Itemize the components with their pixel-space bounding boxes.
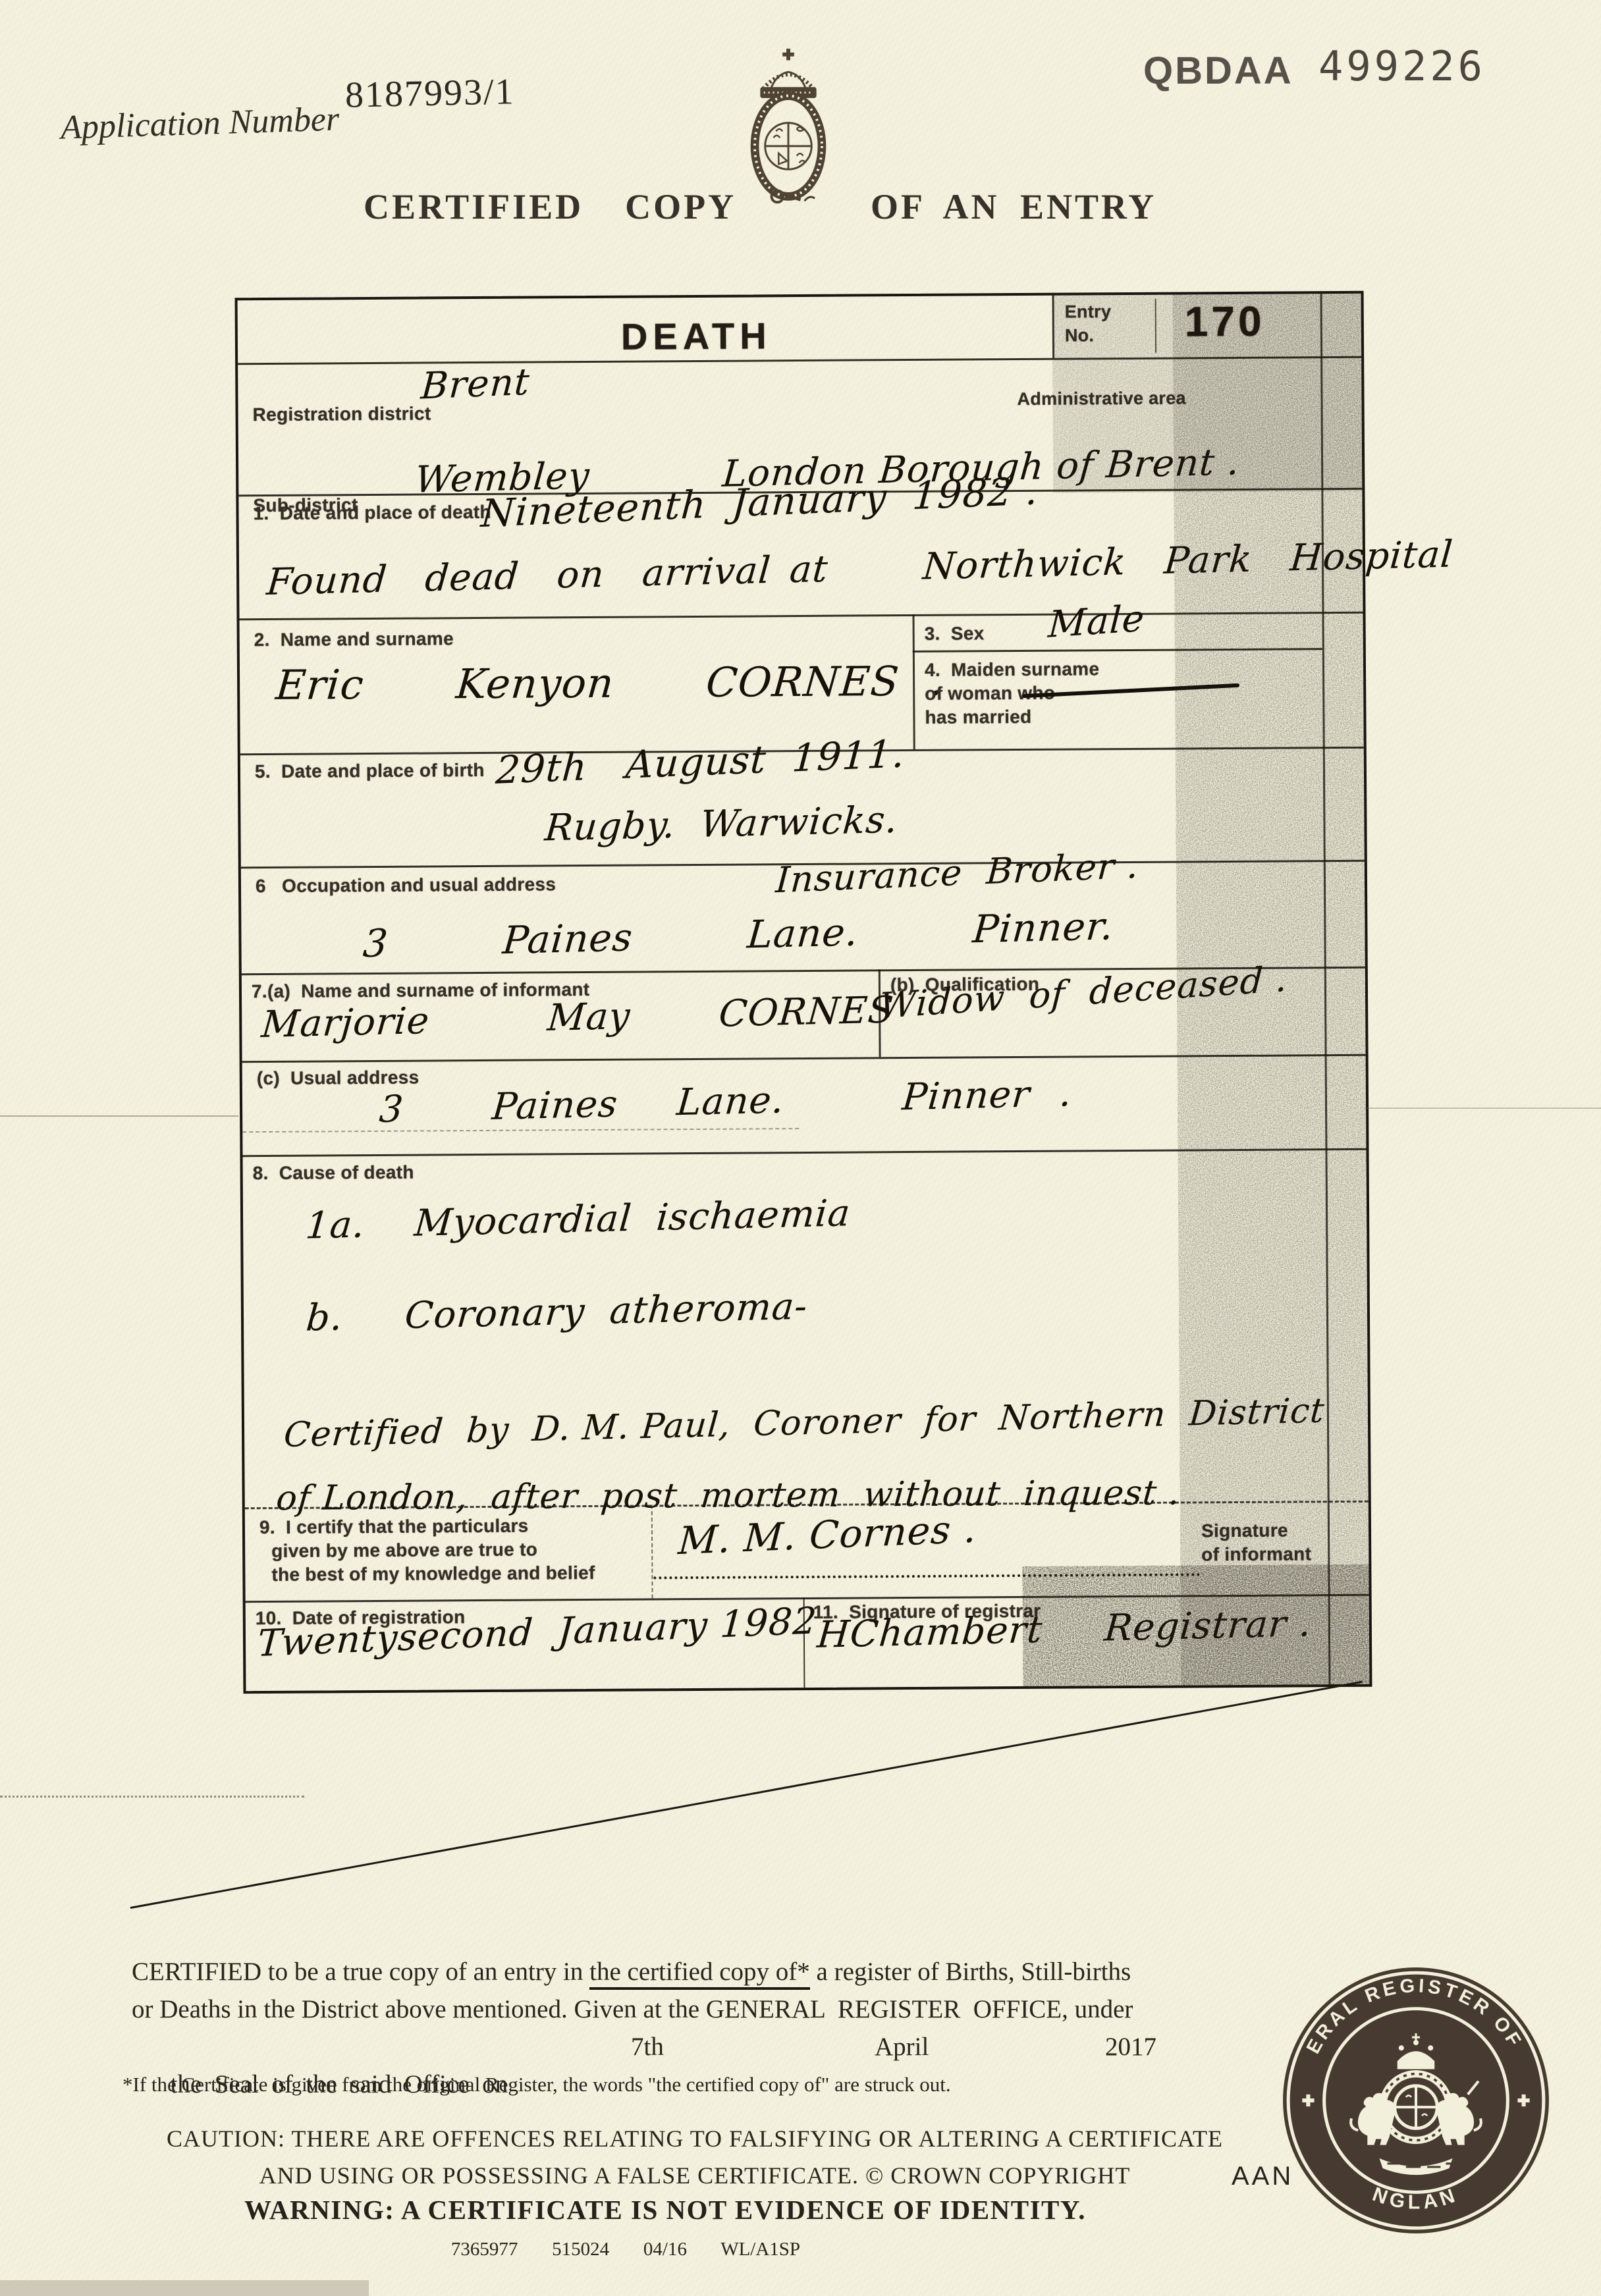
caution-line1: CAUTION: THERE ARE OFFENCES RELATING TO … [99, 2120, 1291, 2157]
row4-label-line1: 4. Maiden surname [925, 658, 1099, 681]
certification-line1-pre: CERTIFIED to be a true copy of an entry … [132, 1958, 589, 1986]
row9-signature-dotted-line [653, 1573, 1200, 1579]
row5-label: 5. Date and place of birth [255, 760, 485, 782]
row6-label: 6 Occupation and usual address [256, 874, 556, 897]
row9-label-line2: given by me above are true to [271, 1539, 537, 1561]
table-inner-right-border [1320, 294, 1331, 1684]
register-entry-table: DEATH Entry No. 170 Registration distric… [235, 291, 1372, 1694]
row9-label-line1: 9. I certify that the particulars [259, 1516, 529, 1538]
administrative-area-label: Administrative area [1017, 388, 1185, 410]
row2-name-value: Eric Kenyon CORNES . [274, 657, 946, 709]
row8-cause-b: b. Coronary atheroma- [304, 1285, 809, 1340]
of-an-entry-title: OF AN ENTRY [871, 186, 1156, 227]
row7c-faint-rule [242, 1128, 799, 1133]
seal-date-month: April [875, 2028, 929, 2066]
entry-no-value: 170 [1185, 297, 1265, 346]
row8-label: 8. Cause of death [253, 1162, 414, 1184]
registration-district-value: Brent [420, 361, 531, 408]
certification-line1-post: a register of Births, Still-births [810, 1958, 1131, 1986]
application-number-value: 8187993/1 [344, 70, 515, 116]
seal-date-day: 7th [631, 2028, 664, 2066]
row7c-address-value: 3 Paines Lane. Pinner . [377, 1072, 1073, 1131]
row9-column-divider [651, 1505, 653, 1598]
entry-no-label-line1: Entry [1065, 302, 1112, 322]
row8-certified-line1: Certified by D. M. Paul, Coroner for Nor… [283, 1391, 1326, 1455]
certification-line1-underlined: the certified copy of* [589, 1958, 810, 1990]
row5-place-value: Rugby. Warwicks. [543, 799, 900, 850]
row6-occupation-value: Insurance Broker . [774, 845, 1140, 901]
row9-right-label-line2: of informant [1201, 1543, 1311, 1565]
print-code: 7365977 515024 04/16 WL/A1SP [30, 2239, 1222, 2260]
certification-line1: CERTIFIED to be a true copy of an entry … [132, 1953, 1225, 1990]
row1-label: 1. Date and place of death [253, 502, 491, 524]
row3-sex-value: Male [1047, 597, 1146, 647]
row7c-label: (c) Usual address [257, 1067, 420, 1090]
row6-address-value: 3 Paines Lane. Pinner. [362, 903, 1116, 966]
row2-top-rule [240, 612, 1363, 620]
row5-date-value: 29th August 1911. [495, 731, 907, 792]
diagonal-crease-line [130, 1681, 1363, 1909]
dotted-crease-left [0, 1796, 304, 1798]
death-certificate-page: Application Number 8187993/1 CERTIFIED C… [0, 0, 1601, 2296]
entry-box-divider [1155, 299, 1157, 353]
certified-copy-title: CERTIFIED COPY [364, 186, 736, 227]
stamp-serial-number: 499226 [1318, 42, 1486, 90]
warning-text: WARNING: A CERTIFICATE IS NOT EVIDENCE O… [69, 2194, 1261, 2226]
general-register-office-seal: GENERAL REGISTER OFFICE ENGLAND [1280, 1964, 1552, 2237]
row8-top-rule [242, 1148, 1366, 1157]
fold-crease-left [0, 1115, 238, 1117]
row9-label-line3: the best of my knowledge and belief [271, 1562, 595, 1586]
row8-certified-line2: of London, after post mortem without inq… [275, 1474, 1181, 1518]
seal-date-year: 2017 [1105, 2028, 1156, 2066]
header-row-rule [238, 356, 1361, 365]
certification-line2: or Deaths in the District above mentione… [132, 1990, 1225, 2028]
stamp-serial-prefix: QBDAA [1143, 49, 1293, 93]
row4-label-line3: has married [925, 707, 1031, 728]
caution-line2: AND USING OR POSSESSING A FALSE CERTIFIC… [99, 2157, 1291, 2194]
footnote-text: *If the Certificate is given from the or… [122, 2073, 951, 2096]
death-heading: DEATH [621, 314, 772, 358]
row3-label: 3. Sex [925, 623, 985, 645]
registration-district-label: Registration district [253, 403, 431, 425]
row2-label: 2. Name and surname [254, 628, 454, 651]
row9-right-label-line1: Signature [1201, 1520, 1288, 1542]
row8-cause-1a: 1a. Myocardial ischaemia [304, 1192, 852, 1247]
caution-text: CAUTION: THERE ARE OFFENCES RELATING TO … [99, 2120, 1291, 2194]
application-number-label: Application Number [60, 99, 340, 147]
fold-crease-right [1365, 1108, 1601, 1109]
row1-place-value: Found dead on arrival at Northwick Park … [265, 533, 1455, 604]
scan-edge-strip [0, 2280, 369, 2296]
sex-maiden-rule [913, 648, 1322, 653]
royal-crest-icon [742, 46, 835, 207]
entry-no-label-line2: No. [1065, 325, 1095, 346]
entry-box-left-border [1052, 296, 1055, 358]
sex-column-divider [912, 614, 915, 749]
row7c-top-rule [242, 1054, 1366, 1063]
